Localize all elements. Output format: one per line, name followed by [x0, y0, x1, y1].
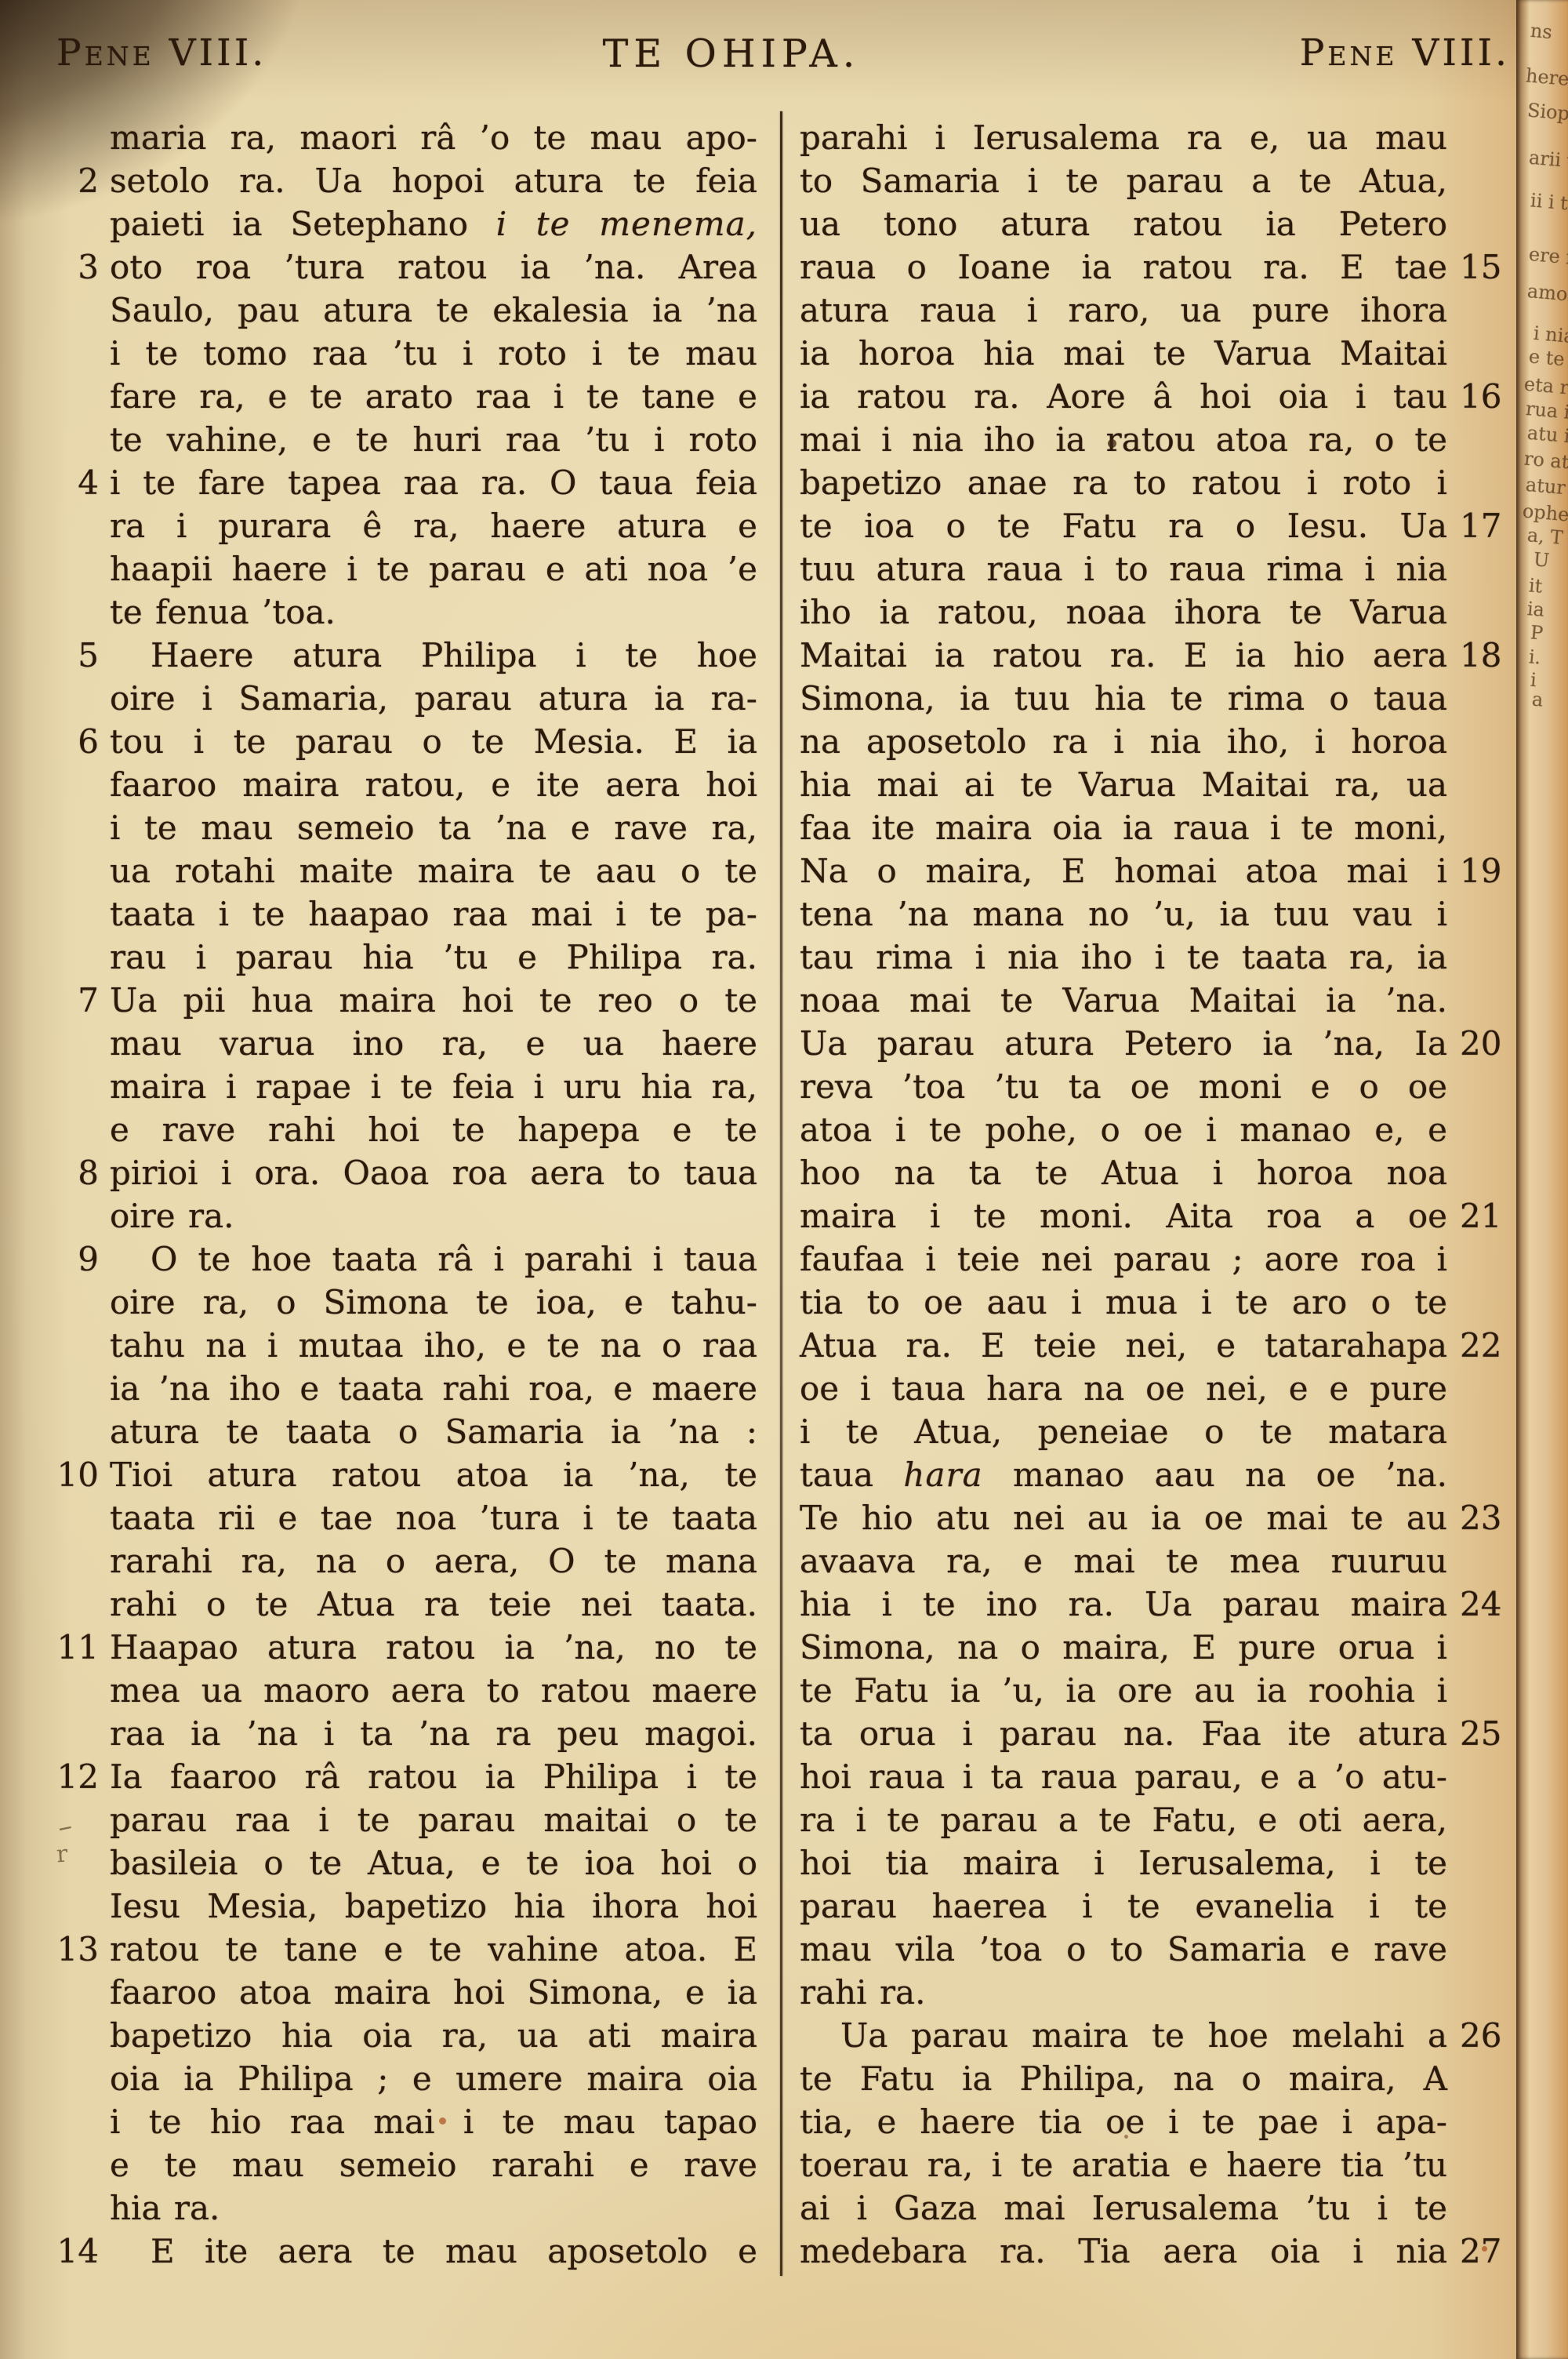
edge-text-fragment: ro at: [1523, 449, 1568, 472]
text-line: i te hio raa mai i te mau tapao: [110, 2100, 757, 2143]
text-line: ia horoa hia mai te Varua Maitai: [800, 332, 1447, 375]
verse-number: 10: [57, 1453, 99, 1496]
edge-text-fragment: U: [1533, 550, 1550, 570]
edge-text-fragment: P: [1530, 623, 1544, 642]
text-line: rarahi ra, na o aera, O te mana: [110, 1539, 757, 1583]
column-divider-rule: [780, 111, 782, 2276]
verse-number: 24: [1460, 1583, 1501, 1626]
text-line: ua rotahi maite maira te aau o te: [110, 849, 757, 892]
text-line: tau rima i nia iho i te taata ra, ia: [800, 936, 1447, 979]
text-line: Saulo, pau atura te ekalesia ia ’na: [110, 289, 757, 332]
text-line: rahi ra.: [800, 1971, 1447, 2014]
paper-speck: [1482, 2246, 1487, 2252]
text-line: faaroo maira ratou, e ite aera hoi: [110, 763, 757, 806]
text-line: ua tono atura ratou ia Petero: [800, 202, 1447, 245]
text-line: taata i te haapao raa mai i te pa-: [110, 892, 757, 936]
text-line: i te mau semeio ta ’na e rave ra,: [110, 806, 757, 849]
verse-number: 26: [1460, 2014, 1501, 2057]
text-line: i te tomo raa ’tu i roto i te mau: [110, 332, 757, 375]
text-line: mea ua maoro aera to ratou maere: [110, 1669, 757, 1712]
verse-number: 17: [1460, 504, 1501, 547]
edge-text-fragment: arii va: [1528, 148, 1568, 173]
text-line: i te fare tapea raa ra. O taua feia4: [110, 461, 757, 504]
text-line: maria ra, maori râ ’o te mau apo-: [110, 116, 757, 159]
text-line: to Samaria i te parau a te Atua,: [800, 159, 1447, 202]
text-line: hoo na ta te Atua i horoa noa: [800, 1151, 1447, 1194]
edge-text-fragment: Siopia,: [1526, 100, 1568, 125]
text-line: e te mau semeio rarahi e rave: [110, 2143, 757, 2186]
text-line: Maitai ia ratou ra. E ia hio aera18: [800, 634, 1447, 677]
verse-number: 9: [78, 1238, 99, 1281]
text-line: atura te taata o Samaria ia ’na :: [110, 1410, 757, 1453]
edge-text-fragment: e te t: [1528, 347, 1568, 369]
text-line: maira i rapae i te feia i uru hia ra,: [110, 1065, 757, 1108]
edge-text-fragment: a, T: [1526, 525, 1563, 547]
text-line: O te hoe taata râ i parahi i taua9: [110, 1238, 757, 1281]
text-line: setolo ra. Ua hopoi atura te feia2: [110, 159, 757, 202]
text-line: iho ia ratou, noaa ihora te Varua: [800, 591, 1447, 634]
text-line: faa ite maira oia ia raua i te moni,: [800, 806, 1447, 849]
text-line: paieti ia Setephano i te menema,: [110, 202, 757, 245]
text-line: oire ra.: [110, 1194, 757, 1238]
text-line: raua o Ioane ia ratou ra. E tae15: [800, 245, 1447, 289]
text-line: faaroo atoa maira hoi Simona, e ia: [110, 1971, 757, 2014]
paper-speck: [439, 2117, 446, 2125]
verse-number: 2: [78, 159, 99, 202]
text-line: e rave rahi hoi te hapepa e te: [110, 1108, 757, 1151]
text-line: tahu na i mutaa iho, e te na o raa: [110, 1324, 757, 1367]
text-line: i te Atua, peneiae o te matara: [800, 1410, 1447, 1453]
running-head-chapter-left: Pene VIII.: [56, 35, 267, 71]
text-line: Simona, ia tuu hia te rima o taua: [800, 677, 1447, 720]
text-line: hia ra.: [110, 2186, 757, 2230]
text-line: tuu atura raua i to raua rima i nia: [800, 547, 1447, 591]
text-line: oto roa ’tura ratou ia ’na. Area3: [110, 245, 757, 289]
text-line: mau vila ’toa o to Samaria e rave: [800, 1928, 1447, 1971]
running-head-book-title: TE OHIPA.: [603, 35, 861, 73]
text-line: bapetizo anae ra to ratou i roto i: [800, 461, 1447, 504]
next-page-edge: nshere atSiopia,arii vaii i teere mamori…: [1516, 0, 1568, 2359]
text-line: parau haerea i te evanelia i te: [800, 1885, 1447, 1928]
text-line: toerau ra, i te aratia e haere tia ’tu: [800, 2143, 1447, 2186]
text-line: reva ’toa ’tu ta oe moni e o oe: [800, 1065, 1447, 1108]
edge-text-fragment: atur: [1525, 475, 1566, 497]
edge-text-fragment: eta r: [1523, 375, 1568, 398]
text-line: ia ratou ra. Aore â hoi oia i tau16: [800, 375, 1447, 418]
book-page: Pene VIII. TE OHIPA. Pene VIII. maria ra…: [0, 0, 1568, 2359]
text-line: te vahine, e te huri raa ’tu i roto: [110, 418, 757, 461]
text-line: oire i Samaria, parau atura ia ra-: [110, 677, 757, 720]
text-line: bapetizo hia oia ra, ua ati maira: [110, 2014, 757, 2057]
verse-number: 14: [57, 2230, 99, 2273]
verse-number: 3: [78, 245, 99, 289]
edge-text-fragment: atu i: [1526, 423, 1568, 446]
text-line: Ia faaroo râ ratou ia Philipa i te12: [110, 1755, 757, 1798]
text-line: hia mai ai te Varua Maitai ra, ua: [800, 763, 1447, 806]
edge-text-fragment: ophe: [1522, 501, 1568, 524]
text-line: Atua ra. E teie nei, e tatarahapa22: [800, 1324, 1447, 1367]
text-line: te ioa o te Fatu ra o Iesu. Ua17: [800, 504, 1447, 547]
text-line: E ite aera te mau aposetolo e14: [110, 2230, 757, 2273]
text-line: ta orua i parau na. Faa ite atura25: [800, 1712, 1447, 1755]
text-line: ra i purara ê ra, haere atura e: [110, 504, 757, 547]
text-line: faufaa i teie nei parau ; aore roa i: [800, 1238, 1447, 1281]
text-line: mau varua ino ra, e ua haere: [110, 1022, 757, 1065]
edge-text-fragment: ii i te: [1530, 191, 1568, 213]
edge-text-fragment: i.: [1528, 647, 1541, 667]
verse-number: 8: [78, 1151, 99, 1194]
text-line: Iesu Mesia, bapetizo hia ihora hoi: [110, 1885, 757, 1928]
text-line: haapii haere i te parau e ati noa ’e: [110, 547, 757, 591]
verse-number: 19: [1460, 849, 1501, 892]
verse-number: 11: [57, 1626, 99, 1669]
verse-number: 16: [1460, 375, 1501, 418]
text-line: taua hara manao aau na oe ’na.: [800, 1453, 1447, 1496]
text-line: Tioi atura ratou atoa ia ’na, te10: [110, 1453, 757, 1496]
text-line: avaava ra, e mai te mea ruuruu: [800, 1539, 1447, 1583]
text-column-left: maria ra, maori râ ’o te mau apo-setolo …: [110, 116, 757, 2273]
text-line: te fenua ’toa.: [110, 591, 757, 634]
verse-number: 5: [78, 634, 99, 677]
verse-number: 4: [78, 461, 99, 504]
edge-text-fragment: ns: [1530, 21, 1553, 42]
verse-number: 23: [1460, 1496, 1501, 1539]
text-line: tia, e haere tia oe i te pae i apa-: [800, 2100, 1447, 2143]
text-line: Haere atura Philipa i te hoe5: [110, 634, 757, 677]
text-line: oia ia Philipa ; e umere maira oia: [110, 2057, 757, 2100]
verse-number: 27: [1460, 2230, 1501, 2273]
edge-text-fragment: ere m: [1528, 245, 1568, 268]
verse-number: 13: [57, 1928, 99, 1971]
verse-number: 22: [1460, 1324, 1501, 1367]
paper-speck: [1124, 2135, 1128, 2139]
verse-number: 6: [78, 720, 99, 763]
edge-text-fragment: here at: [1525, 66, 1568, 90]
verse-number: 15: [1460, 245, 1501, 289]
text-line: atoa i te pohe, o oe i manao e, e: [800, 1108, 1447, 1151]
text-line: oe i taua hara na oe nei, e e pure: [800, 1367, 1447, 1410]
text-line: ra i te parau a te Fatu, e oti aera,: [800, 1798, 1447, 1841]
text-line: te Fatu ia ’u, ia ore au ia roohia i: [800, 1669, 1447, 1712]
text-line: fare ra, e te arato raa i te tane e: [110, 375, 757, 418]
text-line: parau raa i te parau maitai o te: [110, 1798, 757, 1841]
text-line: hia i te ino ra. Ua parau maira24: [800, 1583, 1447, 1626]
text-line: noaa mai te Varua Maitai ia ’na.: [800, 979, 1447, 1022]
text-line: hoi raua i ta raua parau, e a ’o atu-: [800, 1755, 1447, 1798]
verse-number: 12: [57, 1755, 99, 1798]
text-line: ratou te tane e te vahine atoa. E13: [110, 1928, 757, 1971]
running-head-chapter-right: Pene VIII.: [1300, 35, 1510, 71]
edge-text-fragment: i nia: [1533, 324, 1568, 347]
text-line: taata rii e tae noa ’tura i te taata: [110, 1496, 757, 1539]
verse-number: 7: [78, 979, 99, 1022]
text-line: rahi o te Atua ra teie nei taata.: [110, 1583, 757, 1626]
margin-ink-mark: –: [55, 1812, 74, 1843]
edge-text-fragment: ia: [1526, 599, 1545, 620]
text-line: raa ia ’na i ta ’na ra peu magoi.: [110, 1712, 757, 1755]
text-line: Ua parau atura Petero ia ’na, Ia20: [800, 1022, 1447, 1065]
text-line: mai i nia iho ia ratou atoa ra, o te: [800, 418, 1447, 461]
text-line: pirioi i ora. Oaoa roa aera to taua8: [110, 1151, 757, 1194]
margin-ink-mark: r: [56, 1843, 68, 1867]
text-line: atura raua i raro, ua pure ihora: [800, 289, 1447, 332]
text-line: Te hio atu nei au ia oe mai te au23: [800, 1496, 1447, 1539]
text-line: tou i te parau o te Mesia. E ia6: [110, 720, 757, 763]
text-line: hoi tia maira i Ierusalema, i te: [800, 1841, 1447, 1885]
text-column-right: parahi i Ierusalema ra e, ua mauto Samar…: [800, 116, 1447, 2273]
text-line: Simona, na o maira, E pure orua i: [800, 1626, 1447, 1669]
paper-speck: [1108, 439, 1116, 448]
text-line: Ua parau maira te hoe melahi a26: [800, 2014, 1447, 2057]
edge-text-fragment: amori: [1526, 282, 1568, 305]
text-line: medebara ra. Tia aera oia i nia27: [800, 2230, 1447, 2273]
text-line: na aposetolo ra i nia iho, i horoa: [800, 720, 1447, 763]
edge-text-fragment: it: [1528, 576, 1543, 595]
text-line: oire ra, o Simona te ioa, e tahu-: [110, 1281, 757, 1324]
text-line: te Fatu ia Philipa, na o maira, A: [800, 2057, 1447, 2100]
text-line: maira i te moni. Aita roa a oe21: [800, 1194, 1447, 1238]
verse-number: 21: [1460, 1194, 1501, 1238]
text-line: Na o maira, E homai atoa mai i19: [800, 849, 1447, 892]
text-line: Ua pii hua maira hoi te reo o te7: [110, 979, 757, 1022]
text-line: tena ’na mana no ’u, ia tuu vau i: [800, 892, 1447, 936]
edge-text-fragment: i: [1530, 671, 1537, 690]
text-line: ia ’na iho e taata rahi roa, e maere: [110, 1367, 757, 1410]
edge-text-fragment: rua ia: [1525, 399, 1568, 423]
verse-number: 25: [1460, 1712, 1501, 1755]
text-line: rau i parau hia ’tu e Philipa ra.: [110, 936, 757, 979]
text-line: parahi i Ierusalema ra e, ua mau: [800, 116, 1447, 159]
text-line: ai i Gaza mai Ierusalema ’tu i te: [800, 2186, 1447, 2230]
text-line: tia to oe aau i mua i te aro o te: [800, 1281, 1447, 1324]
verse-number: 18: [1460, 634, 1501, 677]
text-line: Haapao atura ratou ia ’na, no te11: [110, 1626, 757, 1669]
verse-number: 20: [1460, 1022, 1501, 1065]
text-line: basileia o te Atua, e te ioa hoi o: [110, 1841, 757, 1885]
edge-text-fragment: a: [1531, 689, 1544, 709]
